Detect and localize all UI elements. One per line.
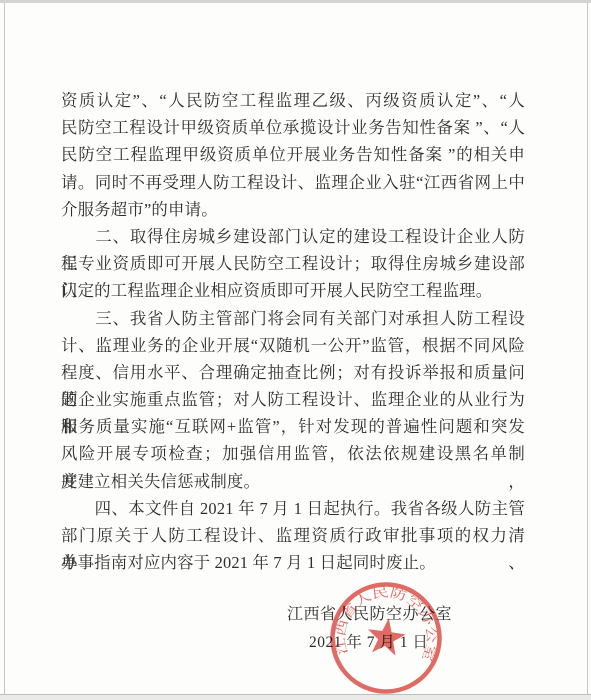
text-line: 三、我省人防主管部门将会同有关部门对承担人防工程设: [61, 305, 525, 332]
text-line: 民防空工程设计甲级资质单位承揽设计业务告知性备案 ”、“人: [61, 114, 525, 141]
text-line: 二、取得住房城乡建设部门认定的建设工程设计企业人防工: [61, 223, 525, 250]
text-line: 介服务超市”的申请。: [61, 196, 525, 223]
text-line: 的企业实施重点监管；对人防工程设计、监理企业的从业行为和: [61, 386, 525, 413]
text-line: 资质认定”、“人民防空工程监理乙级、丙级资质认定”、“人: [61, 87, 525, 114]
document-body: 资质认定”、“人民防空工程监理乙级、丙级资质认定”、“人民防空工程设计甲级资质单…: [61, 87, 525, 576]
text-line: 四、本文件自 2021 年 7 月 1 日起执行。我省各级人防主管: [61, 495, 525, 522]
text-line: 程专业资质即可开展人民防空工程设计；取得住房城乡建设部门: [61, 250, 525, 277]
text-line: 风险开展专项检查；加强信用监管，依法依规建设黑名单制度，: [61, 440, 525, 467]
text-line: 认定的工程监理企业相应资质即可开展人民防空工程监理。: [61, 277, 525, 304]
scan-edge-right: [587, 3, 588, 694]
text-line: 请。同时不再受理人防工程设计、监理企业入驻“江西省网上中: [61, 169, 525, 196]
text-line: 程度、信用水平、合理确定抽查比例；对有投诉举报和质量问题: [61, 359, 525, 386]
scan-edge-top: [0, 0, 591, 3]
text-line: 民防空工程监理甲级资质单位开展业务告知性备案 ”的相关申: [61, 141, 525, 168]
scan-edge-left: [4, 3, 5, 694]
text-line: 服务质量实施“互联网+监管”，针对发现的普遍性问题和突发: [61, 413, 525, 440]
official-seal: 江西省人民防空办公室: [318, 570, 454, 700]
scan-edge-band: [0, 695, 591, 700]
text-line: 部门原关于人防工程设计、监理资质行政审批事项的权力清单、: [61, 522, 525, 549]
text-line: 计、监理业务的企业开展“双随机一公开”监管，根据不同风险: [61, 332, 525, 359]
seal-star-icon: [365, 616, 408, 657]
